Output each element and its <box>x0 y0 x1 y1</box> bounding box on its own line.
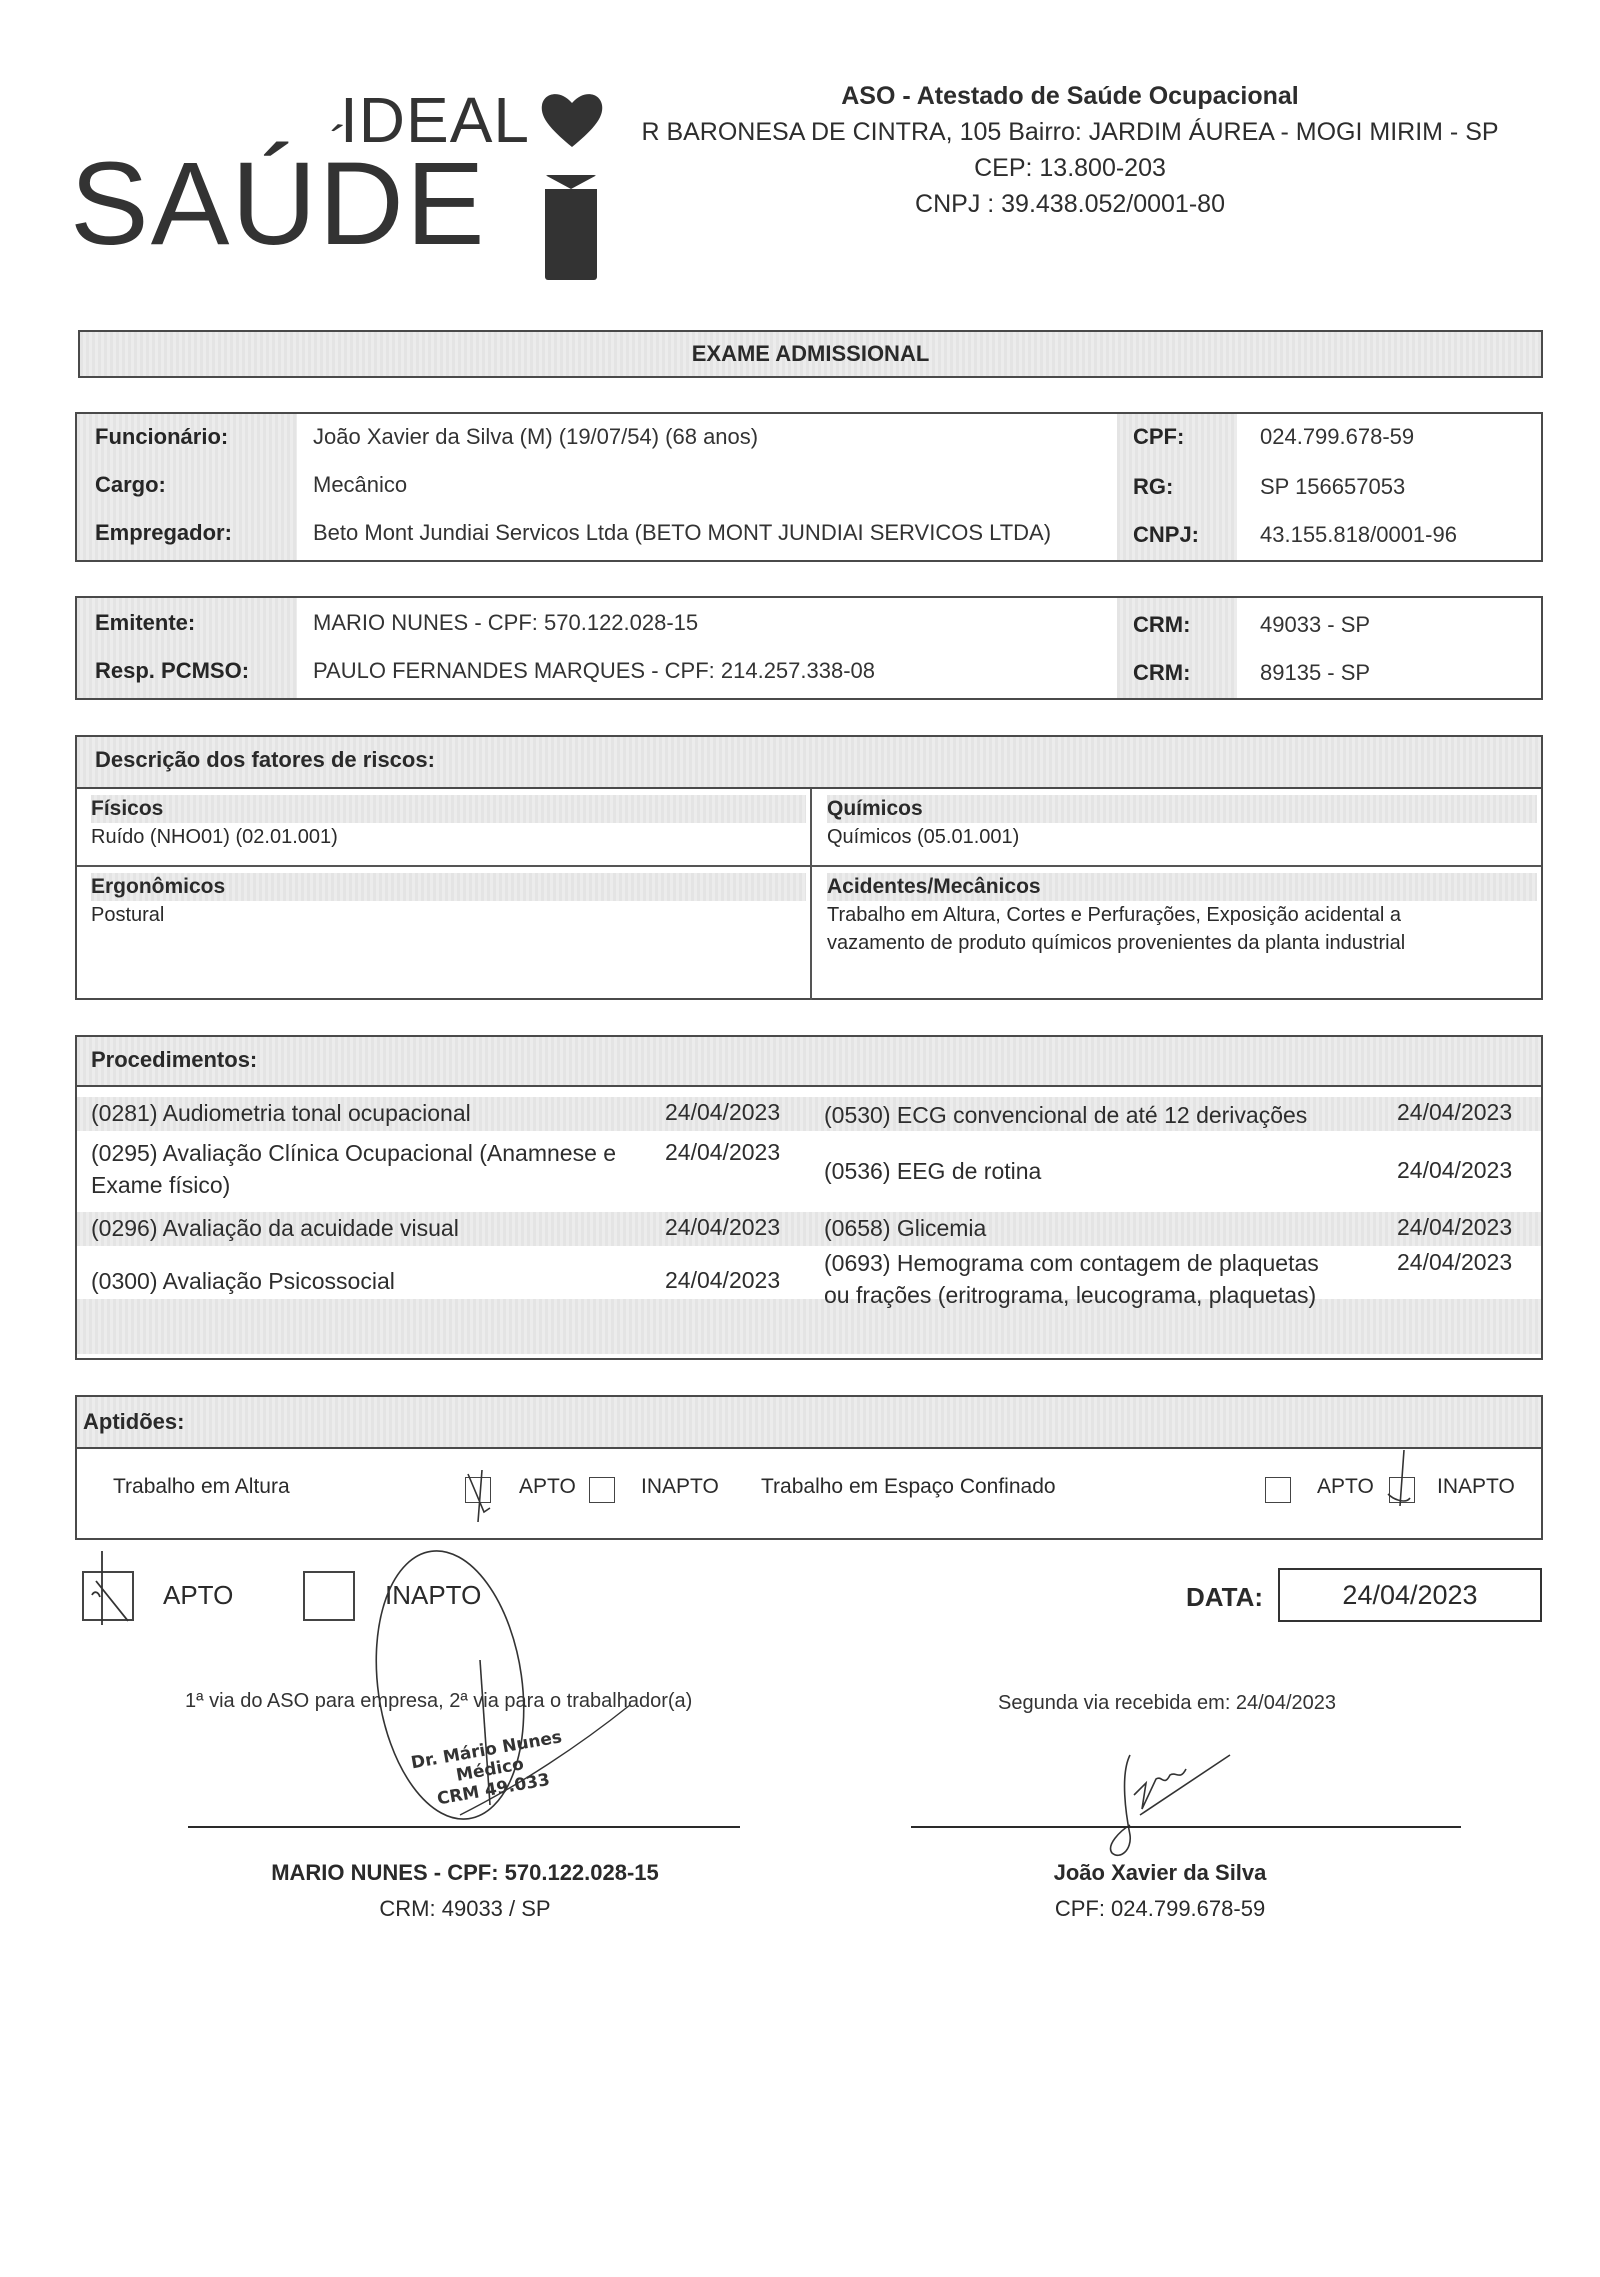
employee-info: Funcionário: João Xavier da Silva (M) (1… <box>75 412 1543 562</box>
clinic-cep: CEP: 13.800-203 <box>620 150 1520 186</box>
altura-label: Trabalho em Altura <box>113 1475 290 1499</box>
exam-type: EXAME ADMISSIONAL <box>692 341 930 367</box>
person-icon <box>545 175 597 280</box>
procedure-item: (0536) EEG de rotina <box>824 1155 1041 1187</box>
emitente-label: Emitente: <box>95 610 195 636</box>
company-logo: ´ IDEAL SAÚDE <box>70 75 590 265</box>
risk-quimicos-value: Químicos (05.01.001) <box>827 823 1537 851</box>
risk-factors-title: Descrição dos fatores de riscos: <box>77 737 1541 789</box>
funcionario-value: João Xavier da Silva (M) (19/07/54) (68 … <box>313 424 758 450</box>
check-mark-icon <box>462 1470 502 1524</box>
worker-signature <box>1090 1735 1250 1865</box>
cpf-value: 024.799.678-59 <box>1260 424 1414 450</box>
altura-apto-label: APTO <box>519 1475 576 1499</box>
worker-signature-line <box>911 1826 1461 1828</box>
heart-icon <box>540 89 604 149</box>
rg-value: SP 156657053 <box>1260 474 1405 500</box>
aptitudes: Aptidões: Trabalho em Altura APTO INAPTO… <box>75 1395 1543 1540</box>
exam-type-bar: EXAME ADMISSIONAL <box>78 330 1543 378</box>
altura-inapto-label: INAPTO <box>641 1475 719 1499</box>
result-apto-label: APTO <box>163 1580 233 1611</box>
procedures: Procedimentos: (0281) Audiometria tonal … <box>75 1035 1543 1360</box>
risk-ergonomicos-label: Ergonômicos <box>91 873 806 901</box>
procedure-date: 24/04/2023 <box>665 1267 780 1294</box>
cnpj-value: 43.155.818/0001-96 <box>1260 522 1457 548</box>
cnpj-label: CNPJ: <box>1133 522 1199 548</box>
risk-fisicos-label: Físicos <box>91 795 806 823</box>
emitente-value: MARIO NUNES - CPF: 570.122.028-15 <box>313 610 698 636</box>
risk-acidentes: Acidentes/Mecânicos Trabalho em Altura, … <box>827 873 1537 957</box>
date-field: 24/04/2023 <box>1278 1568 1542 1622</box>
clinic-header: ASO - Atestado de Saúde Ocupacional R BA… <box>620 78 1520 222</box>
cpf-label: CPF: <box>1133 424 1184 450</box>
crm-label-1: CRM: <box>1133 612 1190 638</box>
risk-acidentes-label: Acidentes/Mecânicos <box>827 873 1537 901</box>
issuer-info: Emitente: MARIO NUNES - CPF: 570.122.028… <box>75 596 1543 700</box>
confinado-inapto-label: INAPTO <box>1437 1475 1515 1499</box>
cargo-value: Mecânico <box>313 472 407 498</box>
worker-cpf: CPF: 024.799.678-59 <box>940 1896 1380 1922</box>
clinic-address: R BARONESA DE CINTRA, 105 Bairro: JARDIM… <box>620 114 1520 150</box>
result-apto-checkbox[interactable] <box>82 1571 134 1621</box>
date-label: DATA: <box>1186 1582 1263 1613</box>
date-value: 24/04/2023 <box>1342 1580 1477 1611</box>
procedure-item-cont: ou frações (eritrograma, leucograma, pla… <box>824 1279 1316 1311</box>
confinado-label: Trabalho em Espaço Confinado <box>761 1475 1056 1499</box>
procedure-item: (0281) Audiometria tonal ocupacional <box>91 1097 471 1129</box>
confinado-apto-checkbox[interactable] <box>1265 1477 1291 1503</box>
empregador-value: Beto Mont Jundiai Servicos Ltda (BETO MO… <box>313 520 1051 546</box>
procedure-date: 24/04/2023 <box>1397 1214 1512 1241</box>
procedures-title: Procedimentos: <box>77 1037 1541 1087</box>
logo-saude-text: SAÚDE <box>70 145 487 263</box>
procedure-date: 24/04/2023 <box>1397 1157 1512 1184</box>
crm-label-2: CRM: <box>1133 660 1190 686</box>
rg-label: RG: <box>1133 474 1173 500</box>
procedure-item: (0658) Glicemia <box>824 1212 986 1244</box>
document-title: ASO - Atestado de Saúde Ocupacional <box>620 78 1520 114</box>
risk-fisicos-value: Ruído (NHO01) (02.01.001) <box>91 823 806 851</box>
procedure-item: (0296) Avaliação da acuidade visual <box>91 1212 459 1244</box>
resp-pcmso-label: Resp. PCMSO: <box>95 658 249 684</box>
procedure-item: (0295) Avaliação Clínica Ocupacional (An… <box>91 1137 616 1169</box>
risk-ergonomicos: Ergonômicos Postural <box>91 873 806 929</box>
altura-inapto-checkbox[interactable] <box>589 1477 615 1503</box>
risk-acidentes-line2: vazamento de produto químicos provenient… <box>827 929 1537 957</box>
doctor-name: MARIO NUNES - CPF: 570.122.028-15 <box>180 1860 750 1886</box>
crm-value-2: 89135 - SP <box>1260 660 1370 686</box>
worker-name: João Xavier da Silva <box>940 1860 1380 1886</box>
procedure-date: 24/04/2023 <box>665 1139 780 1166</box>
doctor-crm: CRM: 49033 / SP <box>180 1896 750 1922</box>
resp-pcmso-value: PAULO FERNANDES MARQUES - CPF: 214.257.3… <box>313 658 875 684</box>
via-note: 1ª via do ASO para empresa, 2ª via para … <box>185 1690 692 1713</box>
crm-value-1: 49033 - SP <box>1260 612 1370 638</box>
procedure-item-cont: Exame físico) <box>91 1169 230 1201</box>
aptitudes-title: Aptidões: <box>77 1397 1541 1449</box>
risk-fisicos: Físicos Ruído (NHO01) (02.01.001) <box>91 795 806 851</box>
procedure-item: (0300) Avaliação Psicossocial <box>91 1265 395 1297</box>
procedure-date: 24/04/2023 <box>1397 1099 1512 1126</box>
funcionario-label: Funcionário: <box>95 424 228 450</box>
empregador-label: Empregador: <box>95 520 232 546</box>
confinado-apto-label: APTO <box>1317 1475 1374 1499</box>
altura-apto-checkbox[interactable] <box>465 1477 491 1503</box>
risk-quimicos: Químicos Químicos (05.01.001) <box>827 795 1537 851</box>
confinado-inapto-checkbox[interactable] <box>1389 1477 1415 1503</box>
procedure-date: 24/04/2023 <box>665 1099 780 1126</box>
check-mark-icon <box>1386 1450 1416 1510</box>
procedure-date: 24/04/2023 <box>1397 1249 1512 1276</box>
received-note: Segunda via recebida em: 24/04/2023 <box>998 1692 1336 1715</box>
cargo-label: Cargo: <box>95 472 166 498</box>
doctor-signature-line <box>188 1826 740 1828</box>
procedure-item: (0693) Hemograma com contagem de plaquet… <box>824 1247 1319 1279</box>
risk-ergonomicos-value: Postural <box>91 901 806 929</box>
procedure-date: 24/04/2023 <box>665 1214 780 1241</box>
risk-acidentes-line1: Trabalho em Altura, Cortes e Perfurações… <box>827 901 1537 929</box>
risk-factors: Descrição dos fatores de riscos: Físicos… <box>75 735 1543 1000</box>
check-mark-icon <box>80 1551 140 1631</box>
risk-quimicos-label: Químicos <box>827 795 1537 823</box>
clinic-cnpj: CNPJ : 39.438.052/0001-80 <box>620 186 1520 222</box>
procedure-item: (0530) ECG convencional de até 12 deriva… <box>824 1099 1307 1131</box>
